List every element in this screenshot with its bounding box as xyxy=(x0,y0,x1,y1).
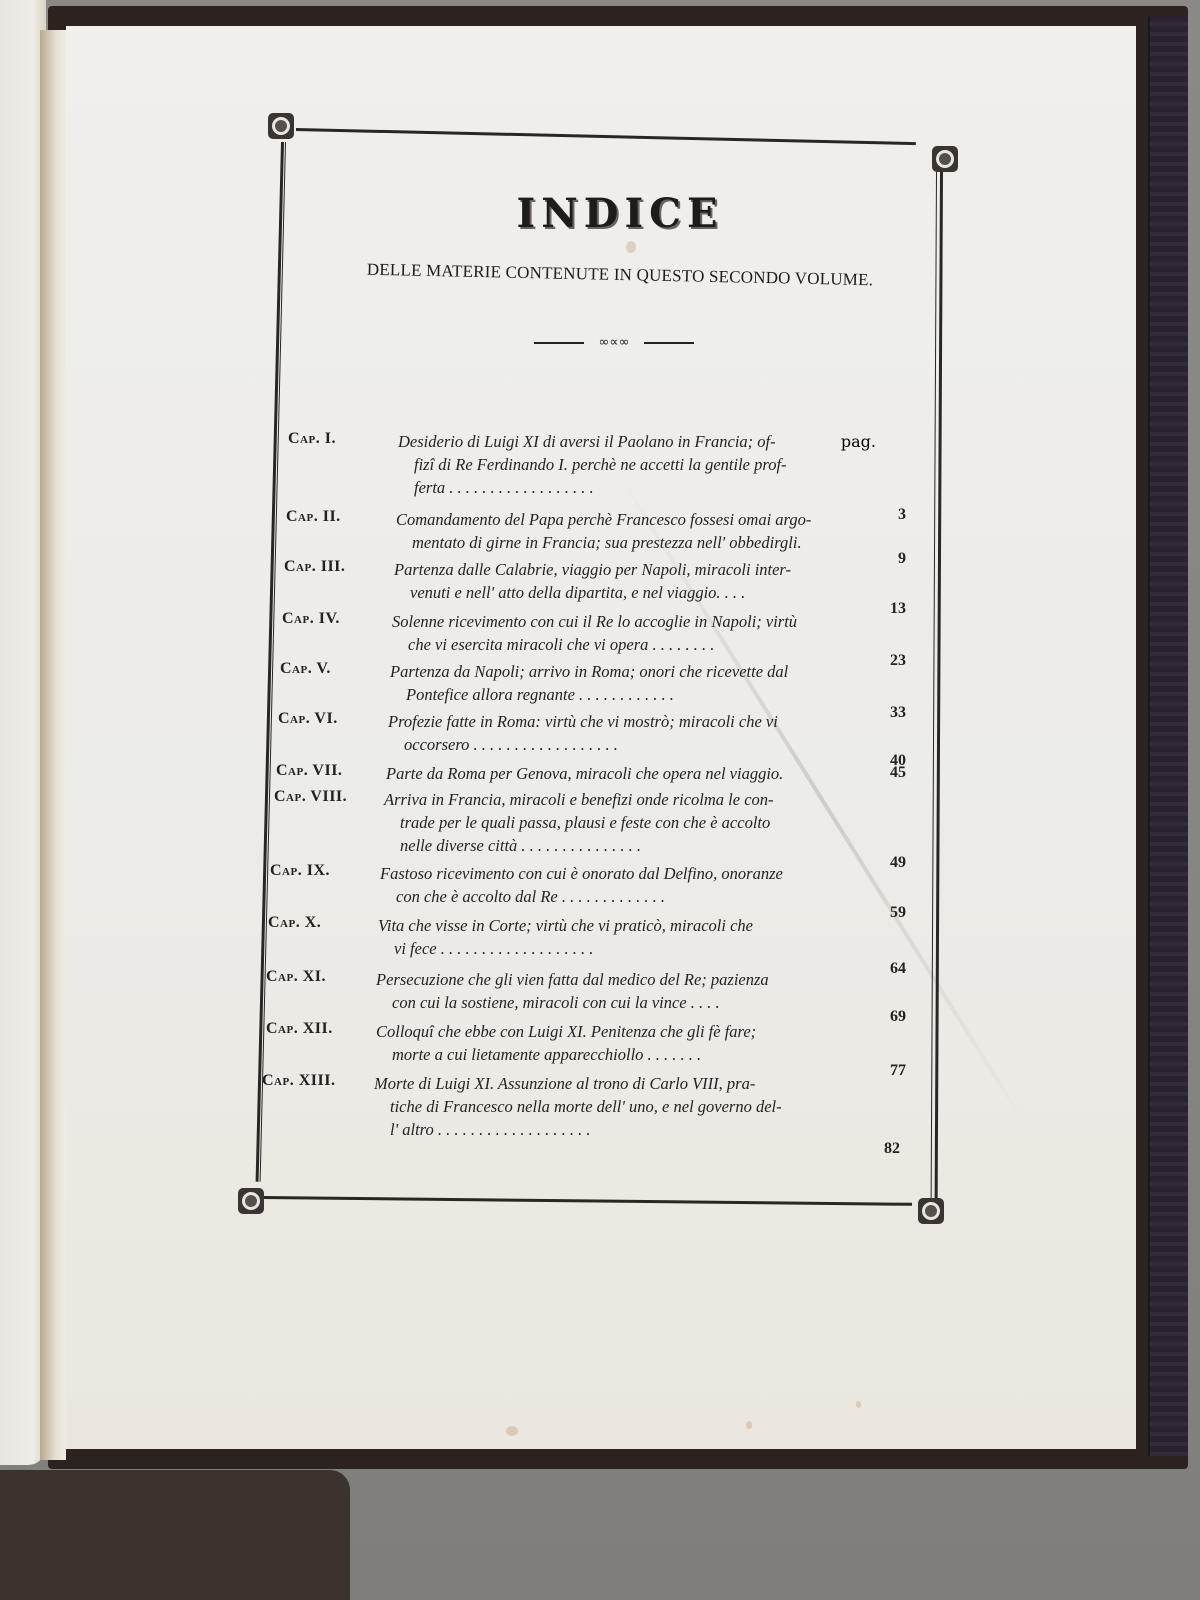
chapter-label: Cap. IV. xyxy=(282,610,340,628)
page-number: 33 xyxy=(890,704,906,722)
page-number: 13 xyxy=(890,600,906,618)
chapter-label: Cap. VII. xyxy=(276,762,342,780)
page-number: 23 xyxy=(890,652,906,670)
cover-edge xyxy=(1148,16,1188,1456)
chapter-label: Cap. VIII. xyxy=(274,788,347,806)
chapter-label: Cap. XIII. xyxy=(262,1072,335,1090)
chapter-description: Solenne ricevimento con cui il Re lo acc… xyxy=(392,610,872,656)
chapter-description: Partenza da Napoli; arrivo in Roma; onor… xyxy=(390,660,870,706)
book-gutter xyxy=(40,30,66,1460)
chapter-description: Parte da Roma per Genova, miracoli che o… xyxy=(386,762,866,785)
page-number: 77 xyxy=(890,1062,906,1080)
chapter-label: Cap. I. xyxy=(288,430,336,448)
chapter-label: Cap. VI. xyxy=(278,710,338,728)
corner-ornament-icon xyxy=(268,113,294,139)
chapter-description: Comandamento del Papa perchè Francesco f… xyxy=(396,508,876,554)
page-number: 69 xyxy=(890,1008,906,1026)
chapter-description: Morte di Luigi XI. Assunzione al trono d… xyxy=(374,1072,854,1141)
chapter-description: Partenza dalle Calabrie, viaggio per Nap… xyxy=(394,558,874,604)
chapter-description: Arriva in Francia, miracoli e benefizi o… xyxy=(384,788,864,857)
chapter-description: Desiderio di Luigi XI di aversi il Paola… xyxy=(398,430,878,499)
photographer-shadow xyxy=(0,1470,350,1600)
page-number: 64 xyxy=(890,960,906,978)
chapter-description: Vita che visse in Corte; virtù che vi pr… xyxy=(378,914,858,960)
chapter-label: Cap. IX. xyxy=(270,862,330,880)
chapter-label: Cap. XI. xyxy=(266,968,326,986)
page-title: INDICE xyxy=(480,190,760,237)
page-number: 49 xyxy=(890,854,906,872)
page-number: 82 xyxy=(884,1140,900,1158)
divider-ornament-icon: ∞∝∞ xyxy=(534,336,694,350)
corner-ornament-icon xyxy=(238,1188,264,1214)
chapter-description: Fastoso ricevimento con cui è onorato da… xyxy=(380,862,860,908)
page-number: 3 xyxy=(898,506,906,524)
corner-ornament-icon xyxy=(932,146,958,172)
page-number: 59 xyxy=(890,904,906,922)
chapter-description: Persecuzione che gli vien fatta dal medi… xyxy=(376,968,856,1014)
corner-ornament-icon xyxy=(918,1198,944,1224)
page-number: 45 xyxy=(890,764,906,782)
chapter-label: Cap. X. xyxy=(268,914,321,932)
chapter-label: Cap. II. xyxy=(286,508,341,526)
chapter-description: Profezie fatte in Roma: virtù che vi mos… xyxy=(388,710,868,756)
chapter-label: Cap. III. xyxy=(284,558,345,576)
page-number: 9 xyxy=(898,550,906,568)
chapter-label: Cap. XII. xyxy=(266,1020,333,1038)
chapter-description: Colloquî che ebbe con Luigi XI. Penitenz… xyxy=(376,1020,856,1066)
chapter-label: Cap. V. xyxy=(280,660,331,678)
